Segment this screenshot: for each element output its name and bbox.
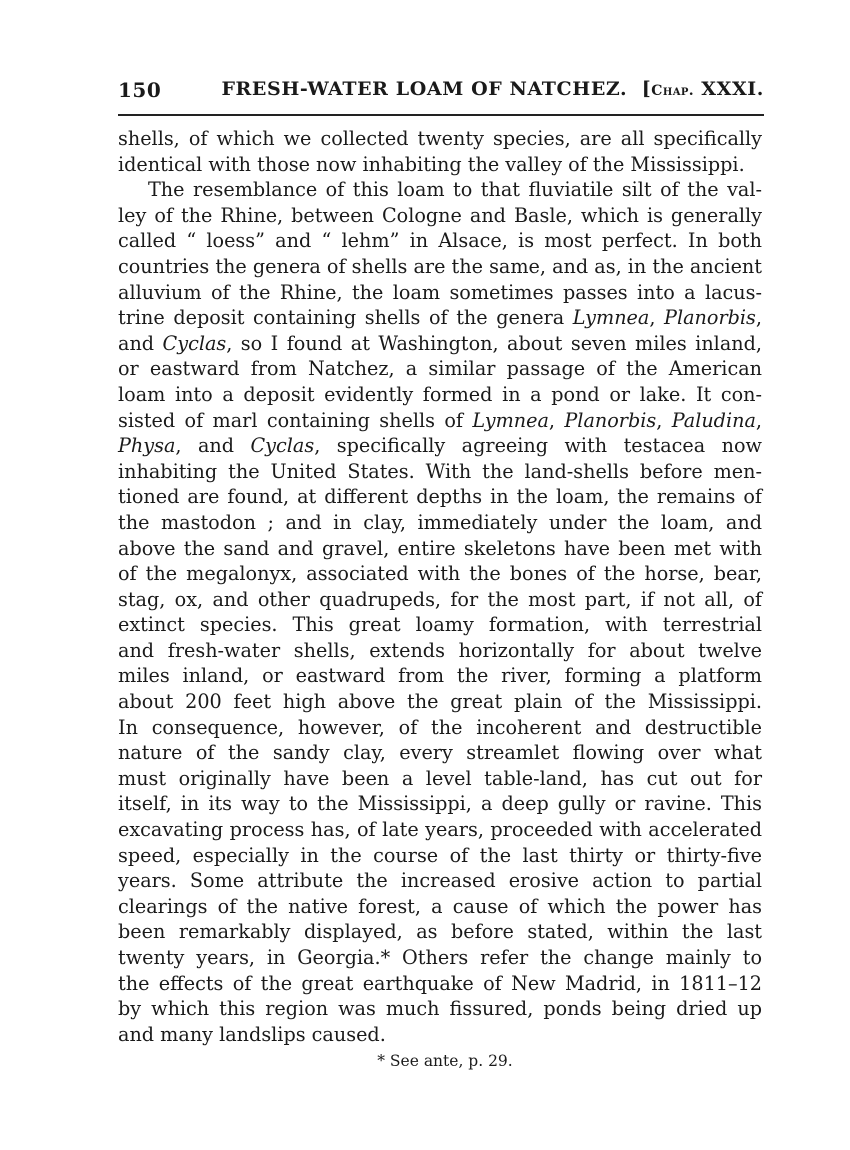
text-run: alluvium of the Rhine, the loam sometime… (118, 281, 762, 304)
text-run: tioned are found, at different depths in… (118, 485, 762, 508)
text-run: trine deposit containing shells of the g… (118, 306, 573, 329)
text-line: the effects of the great earthquake of N… (118, 971, 762, 997)
text-line: In consequence, however, of the incohere… (118, 715, 762, 741)
text-run: , (549, 409, 564, 432)
running-title-main: FRESH-WATER LOAM OF NATCHEZ. (221, 78, 627, 100)
text-run: or eastward from Natchez, a similar pass… (118, 357, 762, 380)
text-line: years. Some attribute the increased eros… (118, 868, 762, 894)
text-run: above the sand and gravel, entire skelet… (118, 537, 762, 560)
italic-term: Lymnea (472, 409, 549, 432)
text-line: clearings of the native forest, a cause … (118, 894, 762, 920)
running-header: 150 FRESH-WATER LOAM OF NATCHEZ. [Chap. … (118, 78, 764, 108)
text-run: itself, in its way to the Mississippi, a… (118, 792, 762, 815)
text-run: , (756, 306, 762, 329)
text-line: twenty years, in Georgia.* Others refer … (118, 945, 762, 971)
text-line: or eastward from Natchez, a similar pass… (118, 356, 762, 382)
text-line: called “ loess” and “ lehm” in Alsace, i… (118, 228, 762, 254)
text-run: ley of the Rhine, between Cologne and Ba… (118, 204, 762, 227)
text-line: ley of the Rhine, between Cologne and Ba… (118, 203, 762, 229)
running-title-bracket: [ (642, 78, 652, 100)
italic-term: Cyclas (251, 434, 315, 457)
running-title: FRESH-WATER LOAM OF NATCHEZ. [Chap. XXXI… (118, 78, 764, 100)
text-run: and (118, 332, 163, 355)
text-line: speed, especially in the course of the l… (118, 843, 762, 869)
text-line: shells, of which we collected twenty spe… (118, 126, 762, 152)
text-run: twenty years, in Georgia.* Others refer … (118, 946, 762, 969)
text-line: must originally have been a level table-… (118, 766, 762, 792)
text-run: , (756, 409, 762, 432)
text-line: countries the genera of shells are the s… (118, 254, 762, 280)
text-run: speed, especially in the course of the l… (118, 844, 762, 867)
text-line: Physa, and Cyclas, specifically agreeing… (118, 433, 762, 459)
text-line: miles inland, or eastward from the river… (118, 663, 762, 689)
text-run: excavating process has, of late years, p… (118, 818, 762, 841)
text-line: tioned are found, at different depths in… (118, 484, 762, 510)
italic-term: Lymnea (573, 306, 650, 329)
text-run: the effects of the great earthquake of N… (118, 972, 762, 995)
italic-term: Paludina (672, 409, 756, 432)
text-run: years. Some attribute the increased eros… (118, 869, 762, 892)
text-run: called “ loess” and “ lehm” in Alsace, i… (118, 229, 762, 252)
text-line: alluvium of the Rhine, the loam sometime… (118, 280, 762, 306)
text-line: and many landslips caused. (118, 1022, 762, 1048)
text-line: sisted of marl containing shells of Lymn… (118, 408, 762, 434)
text-run: The resemblance of this loam to that flu… (148, 178, 762, 201)
text-run: , (649, 306, 664, 329)
italic-term: Physa (118, 434, 175, 457)
text-run: of the megalonyx, associated with the bo… (118, 562, 762, 585)
text-run: been remarkably displayed, as before sta… (118, 920, 762, 943)
running-title-chapter-number: XXXI. (701, 78, 764, 100)
text-line: by which this region was much fissured, … (118, 996, 762, 1022)
text-line: itself, in its way to the Mississippi, a… (118, 791, 762, 817)
text-run: inhabiting the United States. With the l… (118, 460, 762, 483)
text-run: , so I found at Washington, about seven … (226, 332, 762, 355)
text-run: by which this region was much fissured, … (118, 997, 762, 1020)
text-run: nature of the sandy clay, every streamle… (118, 741, 762, 764)
text-line: about 200 feet high above the great plai… (118, 689, 762, 715)
text-line: been remarkably displayed, as before sta… (118, 919, 762, 945)
text-run: about 200 feet high above the great plai… (118, 690, 762, 713)
italic-term: Planorbis (664, 306, 756, 329)
text-line: stag, ox, and other quadrupeds, for the … (118, 587, 762, 613)
text-line: trine deposit containing shells of the g… (118, 305, 762, 331)
text-run: In consequence, however, of the incohere… (118, 716, 762, 739)
text-line: The resemblance of this loam to that flu… (118, 177, 762, 203)
text-run: sisted of marl containing shells of (118, 409, 472, 432)
text-run: and fresh-water shells, extends horizont… (118, 639, 762, 662)
body-text: shells, of which we collected twenty spe… (118, 126, 762, 1047)
header-rule (118, 114, 764, 116)
text-line: excavating process has, of late years, p… (118, 817, 762, 843)
text-line: above the sand and gravel, entire skelet… (118, 536, 762, 562)
text-run: clearings of the native forest, a cause … (118, 895, 762, 918)
text-run: the mastodon ; and in clay, immediately … (118, 511, 762, 534)
italic-term: Planorbis (564, 409, 656, 432)
text-run: , (656, 409, 671, 432)
text-run: extinct species. This great loamy format… (118, 613, 762, 636)
text-line: identical with those now inhabiting the … (118, 152, 762, 178)
footnote: * See ante, p. 29. (0, 1052, 850, 1070)
text-run: must originally have been a level table-… (118, 767, 762, 790)
text-run: , and (175, 434, 250, 457)
text-line: the mastodon ; and in clay, immediately … (118, 510, 762, 536)
text-line: loam into a deposit evidently formed in … (118, 382, 762, 408)
text-run: miles inland, or eastward from the river… (118, 664, 762, 687)
text-run: identical with those now inhabiting the … (118, 153, 745, 176)
text-run: countries the genera of shells are the s… (118, 255, 762, 278)
running-title-chap: Chap. (651, 83, 694, 99)
text-line: inhabiting the United States. With the l… (118, 459, 762, 485)
text-run: shells, of which we collected twenty spe… (118, 127, 762, 150)
text-run: and many landslips caused. (118, 1023, 386, 1046)
text-run: loam into a deposit evidently formed in … (118, 383, 762, 406)
text-line: nature of the sandy clay, every streamle… (118, 740, 762, 766)
italic-term: Cyclas (163, 332, 227, 355)
text-run: stag, ox, and other quadrupeds, for the … (118, 588, 762, 611)
text-line: extinct species. This great loamy format… (118, 612, 762, 638)
text-line: and fresh-water shells, extends horizont… (118, 638, 762, 664)
text-run: , specifically agreeing with testacea no… (314, 434, 762, 457)
text-line: of the megalonyx, associated with the bo… (118, 561, 762, 587)
text-line: and Cyclas, so I found at Washington, ab… (118, 331, 762, 357)
